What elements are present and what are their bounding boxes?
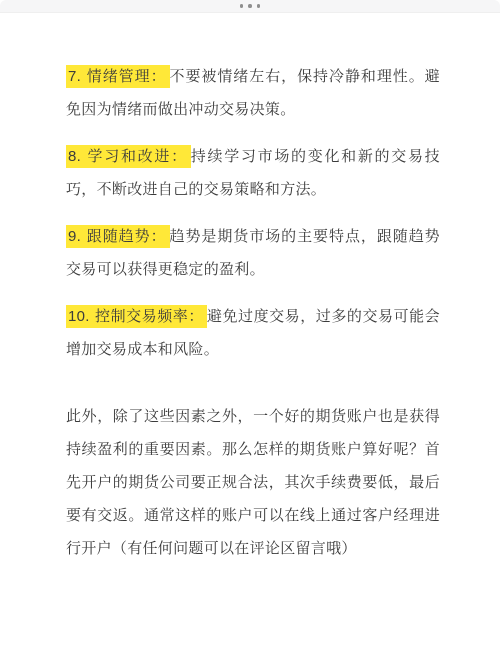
- tip-8-title: 学习和改进：: [86, 148, 188, 165]
- more-dots-icon[interactable]: [240, 4, 261, 8]
- document-content: 7.情绪管理：不要被情绪左右，保持冷静和理性。避免因为情绪而做出冲动交易决策。 …: [0, 12, 500, 565]
- tip-7-number: 7.: [68, 68, 81, 85]
- tip-9-highlight: 9.跟随趋势：: [66, 225, 170, 248]
- tip-10-number: 10.: [68, 308, 90, 325]
- tip-item-10: 10.控制交易频率：避免过度交易，过多的交易可能会增加交易成本和风险。: [66, 300, 440, 366]
- tip-9-title: 跟随趋势：: [86, 228, 166, 245]
- closing-paragraph: 此外，除了这些因素之外，一个好的期货账户也是获得持续盈利的重要因素。那么怎样的期…: [66, 380, 440, 565]
- tip-item-8: 8.学习和改进：持续学习市场的变化和新的交易技巧，不断改进自己的交易策略和方法。: [66, 140, 440, 206]
- document-page: 7.情绪管理：不要被情绪左右，保持冷静和理性。避免因为情绪而做出冲动交易决策。 …: [0, 0, 500, 656]
- tip-9-number: 9.: [68, 228, 81, 245]
- tip-8-number: 8.: [68, 148, 81, 165]
- tip-10-highlight: 10.控制交易频率：: [66, 305, 207, 328]
- tip-item-7: 7.情绪管理：不要被情绪左右，保持冷静和理性。避免因为情绪而做出冲动交易决策。: [66, 60, 440, 126]
- tip-7-highlight: 7.情绪管理：: [66, 65, 170, 88]
- tip-10-title: 控制交易频率：: [95, 308, 204, 325]
- tip-item-9: 9.跟随趋势：趋势是期货市场的主要特点，跟随趋势交易可以获得更稳定的盈利。: [66, 220, 440, 286]
- dot: [257, 4, 261, 8]
- dot: [240, 4, 244, 8]
- dot: [248, 4, 252, 8]
- tip-8-highlight: 8.学习和改进：: [66, 145, 191, 168]
- tip-7-title: 情绪管理：: [86, 68, 166, 85]
